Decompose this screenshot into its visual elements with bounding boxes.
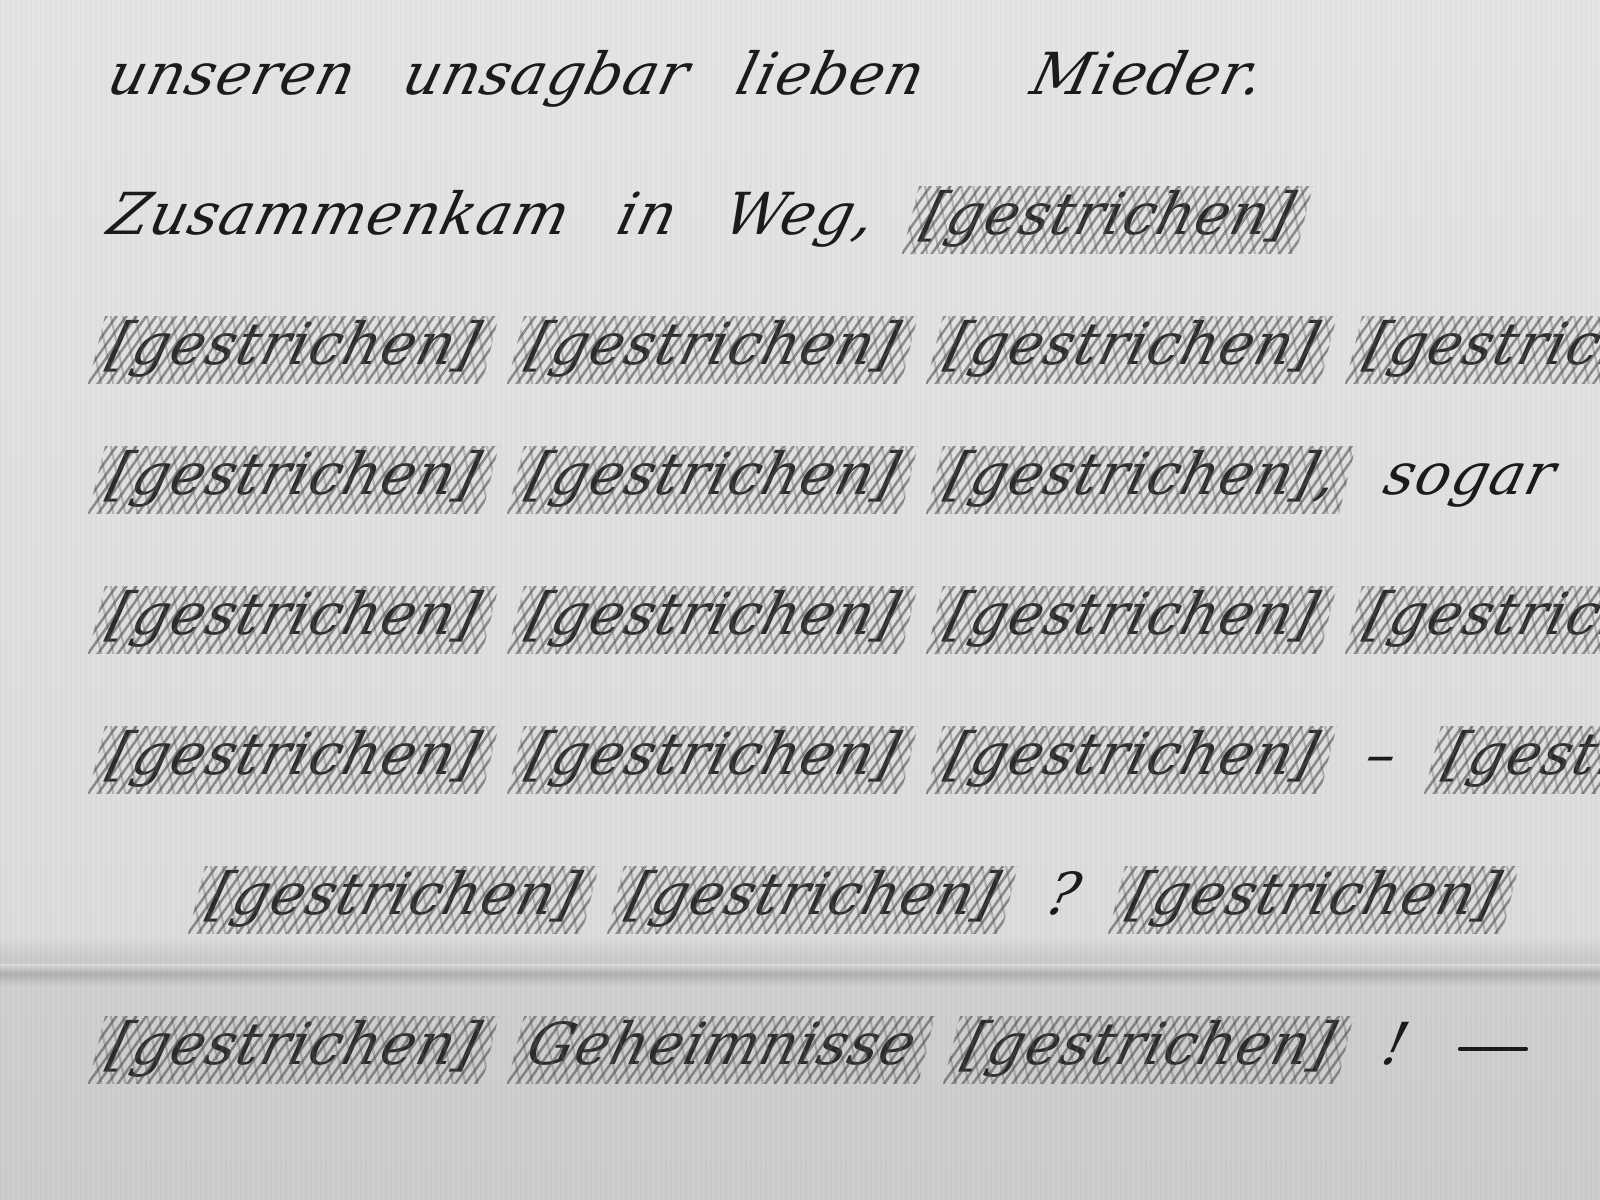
dash [1458, 1047, 1528, 1051]
manuscript-line-6: [gestrichen] [gestrichen] [gestrichen] –… [110, 720, 1600, 820]
word: in [1597, 440, 1600, 508]
struck-word: [gestrichen] [1359, 310, 1600, 378]
manuscript-line-4: [gestrichen] [gestrichen] [gestrichen], … [110, 440, 1600, 540]
struck-word: [gestrichen] [916, 180, 1303, 248]
manuscript-line-8: [gestrichen] Geheimnisse [gestrichen] ! [110, 1010, 1528, 1110]
word: unseren [102, 40, 364, 108]
struck-word: [gestrichen] [521, 310, 908, 378]
struck-word: [gestrichen] [621, 860, 1008, 928]
struck-word: Geheimnisse [521, 1010, 925, 1078]
manuscript-line-3: [gestrichen] [gestrichen] [gestrichen] [… [110, 310, 1600, 410]
struck-word: [gestrichen] [102, 440, 489, 508]
manuscript-line-7: [gestrichen] [gestrichen] ? [gestrichen] [210, 860, 1529, 960]
struck-word: [gestrichen] [102, 1010, 489, 1078]
struck-word: [gestrichen] [957, 1010, 1344, 1078]
manuscript-page: unseren unsagbar lieben Mieder. Zusammen… [0, 0, 1600, 1200]
word: Mieder. [1025, 40, 1272, 108]
struck-word: [gestrichen] [1121, 860, 1508, 928]
struck-word: [gestrichen] [102, 310, 489, 378]
struck-word: [gestrichen] [202, 860, 589, 928]
struck-word: [gestrichen] [102, 580, 489, 648]
word: in [610, 180, 685, 248]
word: lieben [729, 40, 932, 108]
struck-word: [gestrichen] [940, 310, 1327, 378]
struck-word: [gestrichen], [940, 440, 1346, 508]
word: sogar [1378, 440, 1564, 508]
dash: – [1359, 720, 1406, 788]
struck-word: [gestrichen] [521, 720, 908, 788]
struck-word: [gestrichen] [102, 720, 489, 788]
word: Weg, [718, 180, 884, 248]
struck-word: [gestrichen] [521, 440, 908, 508]
word: unsagbar [396, 40, 697, 108]
manuscript-line-5: [gestrichen] [gestrichen] [gestrichen] [… [110, 580, 1600, 680]
struck-word: [gestrichen] [1359, 580, 1600, 648]
struck-word: [gestrichen] [940, 720, 1327, 788]
paper-fold [0, 964, 1600, 986]
manuscript-line-1: unseren unsagbar lieben Mieder. [110, 40, 1294, 140]
struck-word: [gestrichen] [521, 580, 908, 648]
question-mark: ? [1040, 860, 1089, 928]
struck-word: [gestrichen] [1438, 720, 1600, 788]
manuscript-line-2: Zusammenkam in Weg, [gestrichen] [110, 180, 1324, 280]
word: Zusammenkam [102, 180, 578, 248]
struck-word: [gestrichen] [940, 580, 1327, 648]
exclamation: ! [1376, 1010, 1417, 1078]
